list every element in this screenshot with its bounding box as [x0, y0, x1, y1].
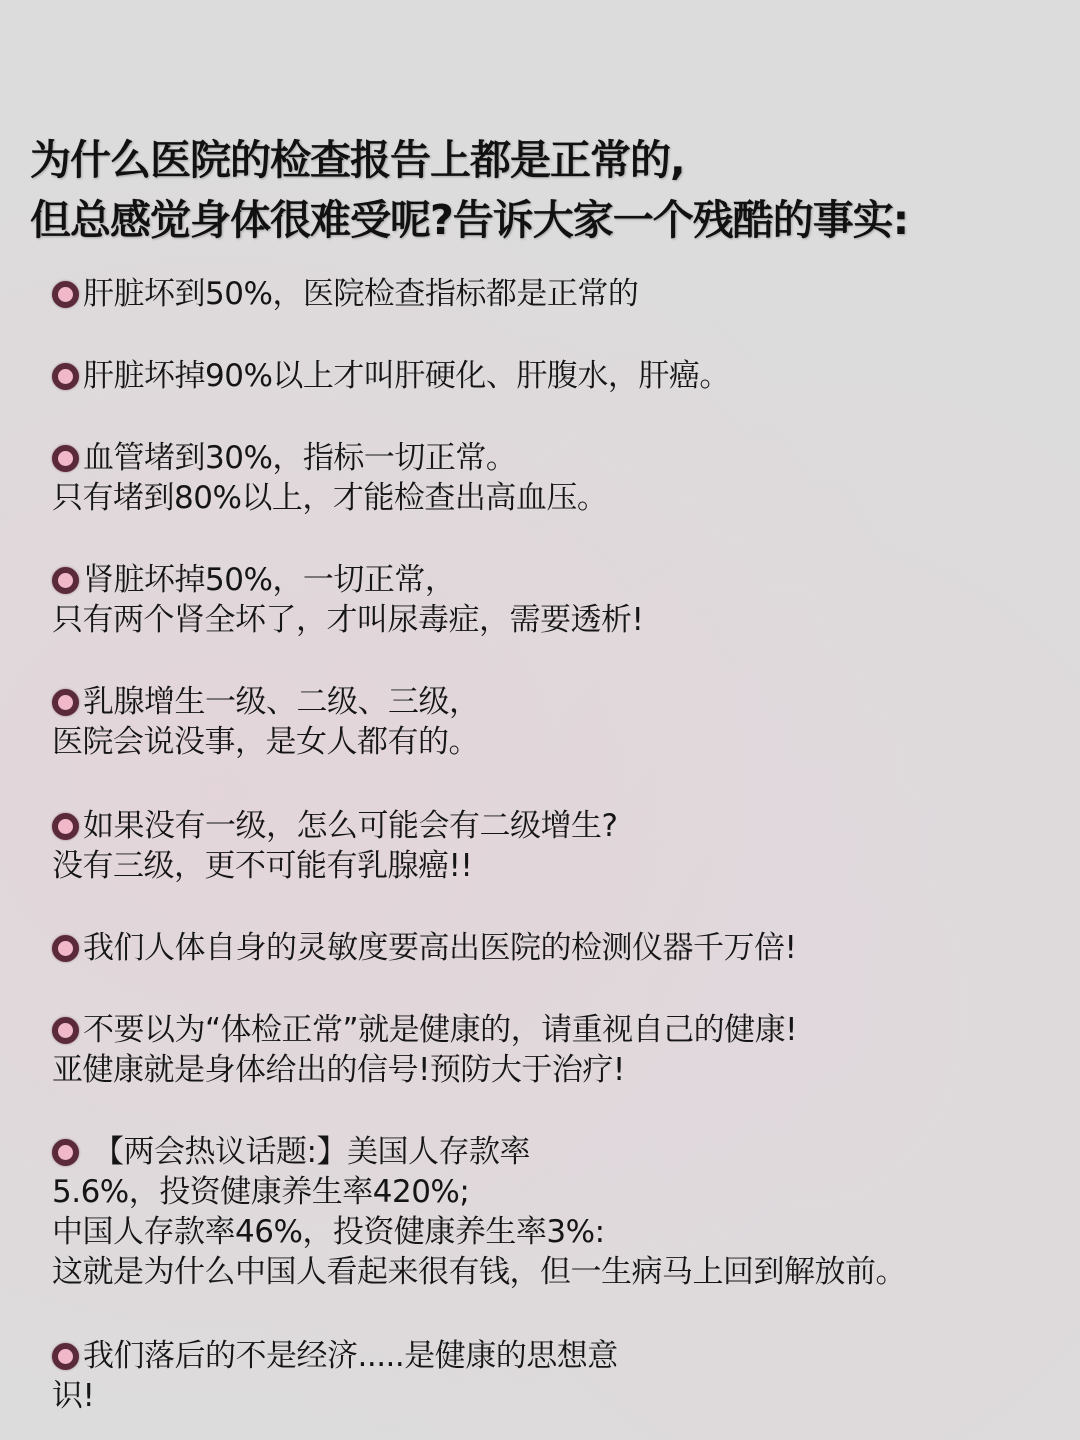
- item-text-continued: 这就是为什么中国人看起来很有钱，但一生病马上回到解放前。: [52, 1252, 1062, 1292]
- item-text-continued: 只有堵到80%以上，才能检查出高血压。: [52, 478, 1062, 518]
- item-text: 乳腺增生一级、二级、三级，: [83, 684, 480, 720]
- list-item: 如果没有一级，怎么可能会有二级增生? 没有三级，更不可能有乳腺癌!!: [52, 806, 1062, 886]
- list-item: 肝脏坏到50%，医院检查指标都是正常的: [52, 274, 1062, 314]
- item-text: 肾脏坏掉50%，一切正常，: [83, 562, 455, 598]
- item-text: 血管堵到30%，指标一切正常。: [83, 440, 516, 476]
- item-text: 我们人体自身的灵敏度要高出医院的检测仪器千万倍!: [83, 930, 796, 966]
- bullet-icon: [52, 689, 79, 716]
- title-line-1: 为什么医院的检查报告上都是正常的,: [30, 130, 1070, 190]
- bullet-icon: [52, 567, 79, 594]
- bullet-icon: [52, 363, 79, 390]
- item-text: 【两会热议话题:】美国人存款率: [93, 1134, 530, 1170]
- list-item: 不要以为“体检正常”就是健康的，请重视自己的健康! 亚健康就是身体给出的信号!预…: [52, 1010, 1062, 1090]
- item-text: 我们落后的不是经济.....是健康的思想意: [83, 1338, 618, 1374]
- bullet-icon: [52, 1139, 79, 1166]
- title-line-2: 但总感觉身体很难受呢?告诉大家一个残酷的事实:: [30, 190, 1070, 250]
- bullet-icon: [52, 445, 79, 472]
- item-text-continued: 亚健康就是身体给出的信号!预防大于治疗!: [52, 1050, 1062, 1090]
- item-text: 肝脏坏掉90%以上才叫肝硬化、肝腹水，肝癌。: [83, 358, 730, 394]
- bullet-icon: [52, 935, 79, 962]
- list-item: 肾脏坏掉50%，一切正常， 只有两个肾全坏了，才叫尿毒症，需要透析!: [52, 560, 1062, 640]
- item-text: 不要以为“体检正常”就是健康的，请重视自己的健康!: [83, 1012, 797, 1048]
- list-item: 肝脏坏掉90%以上才叫肝硬化、肝腹水，肝癌。: [52, 356, 1062, 396]
- item-text: 肝脏坏到50%，医院检查指标都是正常的: [83, 276, 638, 312]
- list-item: 我们落后的不是经济.....是健康的思想意 识!: [52, 1336, 1062, 1416]
- list-item: 乳腺增生一级、二级、三级， 医院会说没事，是女人都有的。: [52, 682, 1062, 762]
- page-title: 为什么医院的检查报告上都是正常的, 但总感觉身体很难受呢?告诉大家一个残酷的事实…: [30, 130, 1070, 250]
- item-text-continued: 只有两个肾全坏了，才叫尿毒症，需要透析!: [52, 600, 1062, 640]
- item-text-continued: 识!: [52, 1376, 1062, 1416]
- list-item: 我们人体自身的灵敏度要高出医院的检测仪器千万倍!: [52, 928, 1062, 968]
- bullet-icon: [52, 1017, 79, 1044]
- list-item: 【两会热议话题:】美国人存款率 5.6%，投资健康养生率420%; 中国人存款率…: [52, 1132, 1062, 1292]
- bullet-icon: [52, 813, 79, 840]
- list-item: 血管堵到30%，指标一切正常。 只有堵到80%以上，才能检查出高血压。: [52, 438, 1062, 518]
- item-text-continued: 没有三级，更不可能有乳腺癌!!: [52, 846, 1062, 886]
- bullet-icon: [52, 281, 79, 308]
- item-text-continued: 5.6%，投资健康养生率420%;: [52, 1172, 1062, 1212]
- item-text: 如果没有一级，怎么可能会有二级增生?: [83, 808, 617, 844]
- bullet-icon: [52, 1343, 79, 1370]
- item-text-continued: 医院会说没事，是女人都有的。: [52, 722, 1062, 762]
- item-text-continued: 中国人存款率46%，投资健康养生率3%:: [52, 1212, 1062, 1252]
